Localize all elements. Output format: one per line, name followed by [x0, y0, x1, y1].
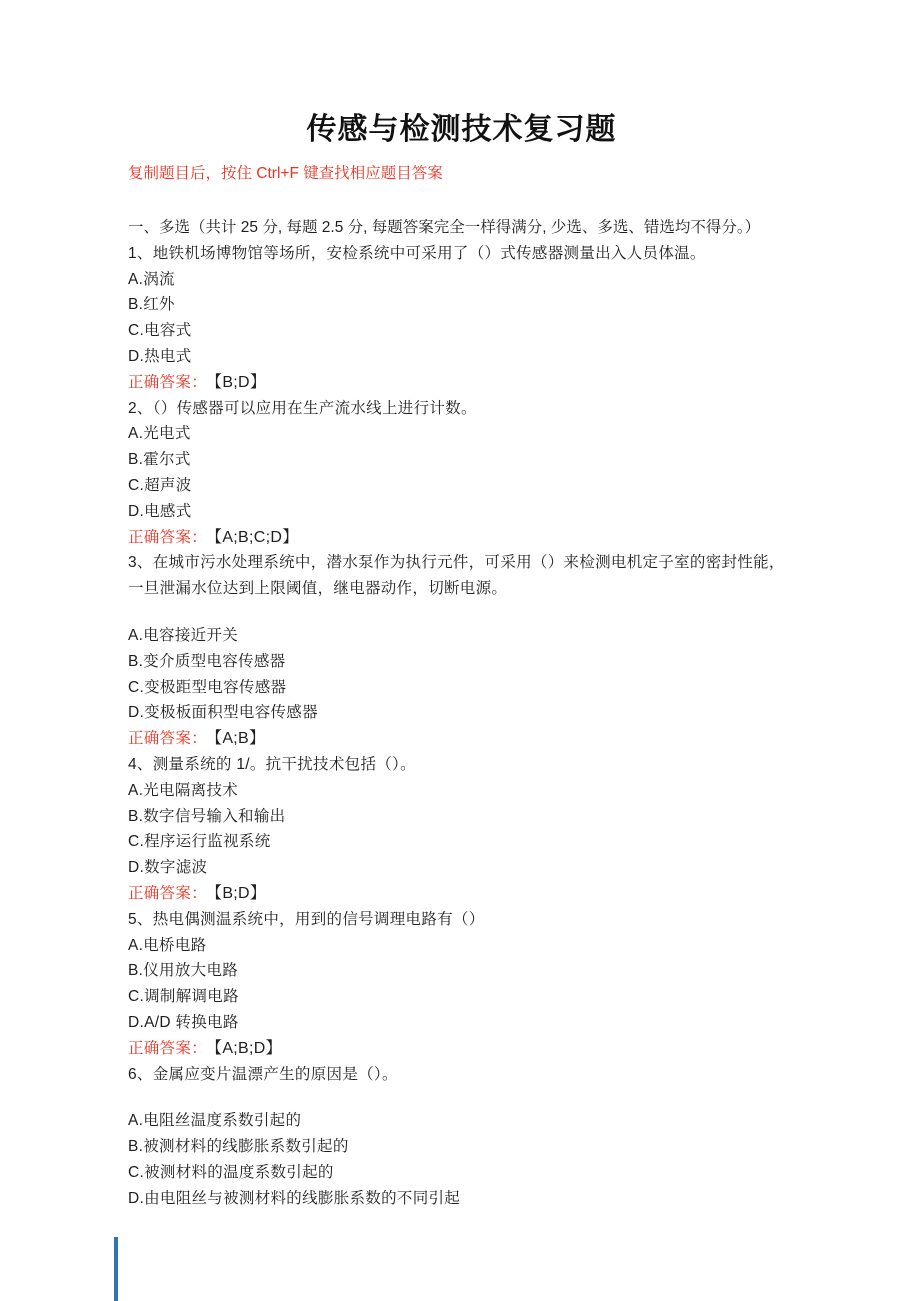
option-d: D.A/D 转换电路 — [128, 1010, 795, 1036]
option-d: D.变极板面积型电容传感器 — [128, 700, 795, 726]
question-block-1: 1、地铁机场博物馆等场所，安检系统中可采用了（）式传感器测量出入人员体温。 A.… — [128, 241, 795, 396]
option-d: D.由电阻丝与被测材料的线膨胀系数的不同引起 — [128, 1186, 795, 1212]
answer-line: 正确答案：【A;B;D】 — [128, 1036, 795, 1062]
question-text: 6、金属应变片温漂产生的原因是（）。 — [128, 1062, 795, 1088]
question-text: 1、地铁机场博物馆等场所，安检系统中可采用了（）式传感器测量出入人员体温。 — [128, 241, 795, 267]
answer-label: 正确答案： — [128, 374, 207, 391]
answer-line: 正确答案：【A;B】 — [128, 726, 795, 752]
question-block-2: 2、（）传感器可以应用在生产流水线上进行计数。 A.光电式 B.霍尔式 C.超声… — [128, 396, 795, 551]
answer-label: 正确答案： — [128, 529, 207, 546]
notice-text: 复制题目后，按住 Ctrl+F 键查找相应题目答案 — [128, 161, 795, 187]
option-b: B.霍尔式 — [128, 447, 795, 473]
answer-value: 【A;B;D】 — [214, 1040, 282, 1057]
question-block-5: 5、热电偶测温系统中，用到的信号调理电路有（） A.电桥电路 B.仪用放大电路 … — [128, 907, 795, 1062]
question-block-6: 6、金属应变片温漂产生的原因是（）。 A.电阻丝温度系数引起的 B.被测材料的线… — [128, 1062, 795, 1212]
option-b: B.数字信号输入和输出 — [128, 804, 795, 830]
option-b: B.被测材料的线膨胀系数引起的 — [128, 1134, 795, 1160]
option-a: A.电桥电路 — [128, 933, 795, 959]
question-text: 2、（）传感器可以应用在生产流水线上进行计数。 — [128, 396, 795, 422]
section-header: 一、多选（共计 25 分, 每题 2.5 分, 每题答案完全一样得满分, 少选、… — [128, 215, 795, 241]
option-a: A.光电式 — [128, 421, 795, 447]
option-c: C.程序运行监视系统 — [128, 829, 795, 855]
option-a: A.光电隔离技术 — [128, 778, 795, 804]
answer-value: 【B;D】 — [214, 374, 266, 391]
option-c: C.变极距型电容传感器 — [128, 675, 795, 701]
answer-line: 正确答案：【B;D】 — [128, 881, 795, 907]
option-b: B.变介质型电容传感器 — [128, 649, 795, 675]
question-text: 3、在城市污水处理系统中，潜水泵作为执行元件，可采用（）来检测电机定子室的密封性… — [128, 550, 795, 602]
answer-value: 【B;D】 — [214, 885, 266, 902]
question-block-4: 4、测量系统的 1/。抗干扰技术包括（）。 A.光电隔离技术 B.数字信号输入和… — [128, 752, 795, 907]
answer-label: 正确答案： — [128, 730, 207, 747]
question-text: 5、热电偶测温系统中，用到的信号调理电路有（） — [128, 907, 795, 933]
answer-value: 【A;B】 — [214, 730, 265, 747]
option-c: C.被测材料的温度系数引起的 — [128, 1160, 795, 1186]
option-a: A.电阻丝温度系数引起的 — [128, 1108, 795, 1134]
option-a: A.涡流 — [128, 267, 795, 293]
page-continuation-marker — [114, 1237, 118, 1301]
document-page: 传感与检测技术复习题 复制题目后，按住 Ctrl+F 键查找相应题目答案 一、多… — [0, 0, 920, 1301]
question-block-3: 3、在城市污水处理系统中，潜水泵作为执行元件，可采用（）来检测电机定子室的密封性… — [128, 550, 795, 752]
option-a: A.电容接近开关 — [128, 623, 795, 649]
option-c: C.超声波 — [128, 473, 795, 499]
answer-line: 正确答案：【B;D】 — [128, 370, 795, 396]
question-text: 4、测量系统的 1/。抗干扰技术包括（）。 — [128, 752, 795, 778]
answer-label: 正确答案： — [128, 1040, 207, 1057]
answer-value: 【A;B;C;D】 — [214, 529, 299, 546]
answer-label: 正确答案： — [128, 885, 207, 902]
option-c: C.调制解调电路 — [128, 984, 795, 1010]
option-d: D.热电式 — [128, 344, 795, 370]
option-d: D.电感式 — [128, 499, 795, 525]
answer-line: 正确答案：【A;B;C;D】 — [128, 525, 795, 551]
option-d: D.数字滤波 — [128, 855, 795, 881]
option-b: B.仪用放大电路 — [128, 958, 795, 984]
page-title: 传感与检测技术复习题 — [128, 108, 795, 152]
option-c: C.电容式 — [128, 318, 795, 344]
option-b: B.红外 — [128, 292, 795, 318]
